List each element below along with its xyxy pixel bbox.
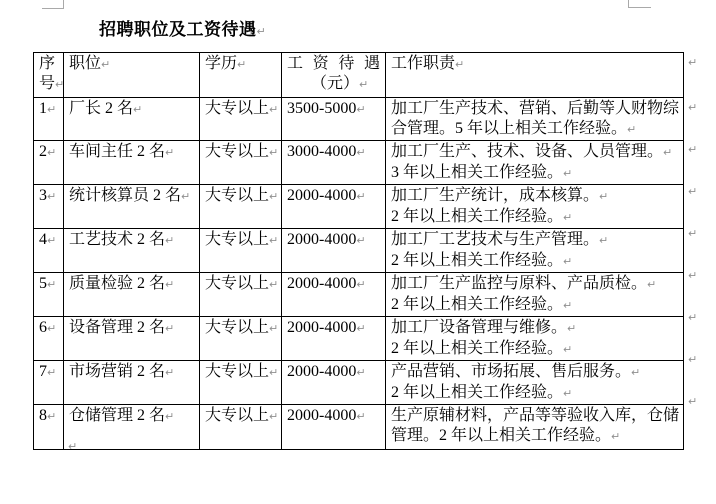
education-text: 大专以上 (205, 187, 269, 204)
education-cell[interactable]: 大专以上↵ (200, 229, 282, 273)
duty-line2-text: 2 年以上相关工作经验。 (391, 296, 563, 313)
row-number-cell[interactable]: 2↵ (34, 141, 64, 185)
education-cell[interactable]: 大专以上↵ (200, 405, 282, 450)
position-cell[interactable]: 车间主任 2 名↵ (64, 141, 200, 185)
education-text: 大专以上 (205, 231, 269, 248)
duty-line1-text: 加工厂生产技术、营销、后勤等人财物综 (391, 100, 679, 117)
education-text: 大专以上 (205, 275, 269, 292)
salary-cell[interactable]: 2000-4000↵ (282, 229, 386, 273)
position-cell[interactable]: 市场营销 2 名↵ (64, 361, 200, 405)
duty-line1-text: 加工厂生产统计，成本核算。 (391, 187, 599, 204)
education-text: 大专以上 (205, 407, 269, 424)
duty-cell[interactable]: 加工厂工艺技术与生产管理。↵2 年以上相关工作经验。↵ (386, 229, 684, 273)
header-cell-salary[interactable]: 工资待遇 （元）↵ (282, 53, 386, 98)
duty-line1-text: 加工厂设备管理与维修。 (391, 319, 567, 336)
duty-line1-text: 加工厂工艺技术与生产管理。 (391, 231, 599, 248)
salary-cell[interactable]: 2000-4000↵ (282, 405, 386, 450)
position-cell[interactable]: 质量检验 2 名↵ (64, 273, 200, 317)
salary-text: 2000-4000 (287, 187, 356, 204)
duty-cell[interactable]: 加工厂生产统计，成本核算。↵2 年以上相关工作经验。↵ (386, 185, 684, 229)
education-text: 大专以上 (205, 100, 269, 117)
duty-line2-text: 2 年以上相关工作经验。 (391, 340, 563, 357)
row-number-cell[interactable]: 4↵ (34, 229, 64, 273)
salary-text: 3000-4000 (287, 143, 356, 160)
recruitment-table: 序号↵ 职位↵ 学历↵ 工资待遇 （元）↵ 工作职责↵ 1↵ 厂长 2 名↵ 大… (33, 52, 684, 450)
row-number-cell[interactable]: 8↵ (34, 405, 64, 450)
row-number-text: 1 (39, 100, 47, 117)
header-position-text: 职位 (69, 55, 101, 72)
duty-line1-text: 生产原辅材料，产品等等验收入库，仓储 (391, 407, 679, 424)
document-title[interactable]: 招聘职位及工资待遇↵ (99, 15, 257, 40)
duty-cell[interactable]: 加工厂设备管理与维修。↵2 年以上相关工作经验。↵ (386, 317, 684, 361)
header-cell-position[interactable]: 职位↵ (64, 53, 200, 98)
position-cell[interactable]: 统计核算员 2 名↵ (64, 185, 200, 229)
row-number-text: 5 (39, 275, 47, 292)
salary-cell[interactable]: 3500-5000↵ (282, 98, 386, 141)
position-cell[interactable]: 仓储管理 2 名↵ (64, 405, 200, 450)
header-duty-text: 工作职责 (391, 55, 455, 72)
position-text: 仓储管理 2 名 (69, 407, 165, 424)
duty-line1-text: 产品营销、市场拓展、售后服务。 (391, 363, 631, 380)
table-row: 6↵ 设备管理 2 名↵ 大专以上↵ 2000-4000↵ 加工厂设备管理与维修… (34, 317, 684, 361)
header-cell-education[interactable]: 学历↵ (200, 53, 282, 98)
row-number-cell[interactable]: 3↵ (34, 185, 64, 229)
position-text: 统计核算员 2 名 (69, 187, 181, 204)
education-text: 大专以上 (205, 363, 269, 380)
salary-cell[interactable]: 2000-4000↵ (282, 317, 386, 361)
table-row: 7↵ 市场营销 2 名↵ 大专以上↵ 2000-4000↵ 产品营销、市场拓展、… (34, 361, 684, 405)
education-text: 大专以上 (205, 319, 269, 336)
table-row: 3↵ 统计核算员 2 名↵ 大专以上↵ 2000-4000↵ 加工厂生产统计，成… (34, 185, 684, 229)
education-cell[interactable]: 大专以上↵ (200, 141, 282, 185)
salary-cell[interactable]: 2000-4000↵ (282, 185, 386, 229)
duty-line1-text: 加工厂生产、技术、设备、人员管理。 (391, 143, 663, 160)
row-number-text: 2 (39, 143, 47, 160)
duty-line2-text: 管理。2 年以上相关工作经验。 (391, 427, 611, 444)
row-number-text: 4 (39, 231, 47, 248)
salary-text: 2000-4000 (287, 363, 356, 380)
duty-line2-text: 合管理。5 年以上相关工作经验。 (391, 120, 627, 137)
education-cell[interactable]: 大专以上↵ (200, 185, 282, 229)
position-text: 市场营销 2 名 (69, 363, 165, 380)
header-salary-line1: 工资待遇 (287, 54, 383, 74)
duty-cell[interactable]: 产品营销、市场拓展、售后服务。↵2 年以上相关工作经验。↵ (386, 361, 684, 405)
row-number-cell[interactable]: 6↵ (34, 317, 64, 361)
header-cell-no[interactable]: 序号↵ (34, 53, 64, 98)
salary-text: 2000-4000 (287, 275, 356, 292)
row-number-text: 6 (39, 319, 47, 336)
duty-cell[interactable]: 生产原辅材料，产品等等验收入库，仓储管理。2 年以上相关工作经验。↵ (386, 405, 684, 450)
table-row: 2↵ 车间主任 2 名↵ 大专以上↵ 3000-4000↵ 加工厂生产、技术、设… (34, 141, 684, 185)
table-row: 8↵ 仓储管理 2 名↵ 大专以上↵ 2000-4000↵ 生产原辅材料，产品等… (34, 405, 684, 450)
document-title-text: 招聘职位及工资待遇 (99, 20, 257, 39)
position-cell[interactable]: 工艺技术 2 名↵ (64, 229, 200, 273)
education-cell[interactable]: 大专以上↵ (200, 361, 282, 405)
education-text: 大专以上 (205, 143, 269, 160)
education-cell[interactable]: 大专以上↵ (200, 273, 282, 317)
header-no-text: 序号 (39, 55, 55, 92)
position-text: 车间主任 2 名 (69, 143, 165, 160)
table-row: 5↵ 质量检验 2 名↵ 大专以上↵ 2000-4000↵ 加工厂生产监控与原料… (34, 273, 684, 317)
duty-line1-text: 加工厂生产监控与原料、产品质检。 (391, 275, 647, 292)
row-number-cell[interactable]: 5↵ (34, 273, 64, 317)
salary-cell[interactable]: 3000-4000↵ (282, 141, 386, 185)
row-number-cell[interactable]: 1↵ (34, 98, 64, 141)
table-row: 1↵ 厂长 2 名↵ 大专以上↵ 3500-5000↵ 加工厂生产技术、营销、后… (34, 98, 684, 141)
duty-line2-text: 3 年以上相关工作经验。 (391, 164, 563, 181)
page-margin-corner-left-icon (42, 0, 64, 9)
position-text: 工艺技术 2 名 (69, 231, 165, 248)
education-cell[interactable]: 大专以上↵ (200, 98, 282, 141)
row-number-cell[interactable]: 7↵ (34, 361, 64, 405)
salary-text: 2000-4000 (287, 319, 356, 336)
salary-text: 3500-5000 (287, 100, 356, 117)
salary-cell[interactable]: 2000-4000↵ (282, 361, 386, 405)
position-text: 厂长 2 名 (69, 100, 133, 117)
word-document-page: { "page": { "title": "招聘职位及工资待遇", "forma… (0, 0, 716, 504)
row-number-text: 8 (39, 407, 47, 424)
row-number-text: 3 (39, 187, 47, 204)
header-cell-duty[interactable]: 工作职责↵ (386, 53, 684, 98)
header-salary-line2: （元）↵ (287, 74, 383, 95)
position-cell[interactable]: 设备管理 2 名↵ (64, 317, 200, 361)
salary-cell[interactable]: 2000-4000↵ (282, 273, 386, 317)
duty-line2-text: 2 年以上相关工作经验。 (391, 208, 563, 225)
duty-cell[interactable]: 加工厂生产技术、营销、后勤等人财物综合管理。5 年以上相关工作经验。↵ (386, 98, 684, 141)
header-education-text: 学历 (205, 55, 237, 72)
salary-text: 2000-4000 (287, 407, 356, 424)
duty-line2-text: 2 年以上相关工作经验。 (391, 252, 563, 269)
duty-cell[interactable]: 加工厂生产、技术、设备、人员管理。↵3 年以上相关工作经验。↵ (386, 141, 684, 185)
duty-line2-text: 2 年以上相关工作经验。 (391, 384, 563, 401)
position-text: 设备管理 2 名 (69, 319, 165, 336)
page-margin-corner-right-icon (628, 0, 651, 8)
table-row: 4↵ 工艺技术 2 名↵ 大专以上↵ 2000-4000↵ 加工厂工艺技术与生产… (34, 229, 684, 273)
position-cell[interactable]: 厂长 2 名↵ (64, 98, 200, 141)
header-salary-unit-text: （元） (311, 75, 359, 92)
position-text: 质量检验 2 名 (69, 275, 165, 292)
row-number-text: 7 (39, 363, 47, 380)
duty-cell[interactable]: 加工厂生产监控与原料、产品质检。↵2 年以上相关工作经验。↵ (386, 273, 684, 317)
salary-text: 2000-4000 (287, 231, 356, 248)
table-header-row: 序号↵ 职位↵ 学历↵ 工资待遇 （元）↵ 工作职责↵ (34, 53, 684, 98)
education-cell[interactable]: 大专以上↵ (200, 317, 282, 361)
